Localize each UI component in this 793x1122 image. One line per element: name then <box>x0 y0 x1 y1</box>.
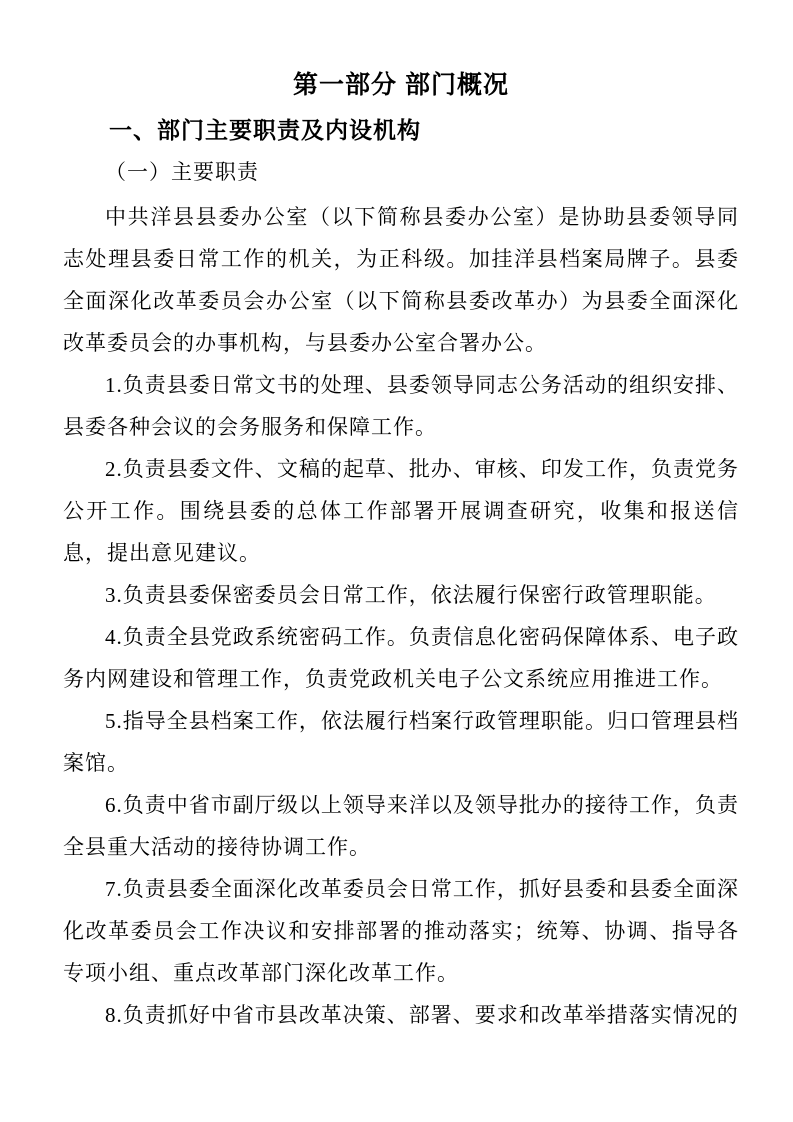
paragraph-duty-6: 6.负责中省市副厅级以上领导来洋以及领导批办的接待工作，负责全县重大活动的接待协… <box>63 784 739 868</box>
paragraph-intro: 中共洋县县委办公室（以下简称县委办公室）是协助县委领导同志处理县委日常工作的机关… <box>63 196 739 364</box>
document-title: 第一部分 部门概况 <box>63 70 739 100</box>
paragraph-duty-1: 1.负责县委日常文书的处理、县委领导同志公务活动的组织安排、县委各种会议的会务服… <box>63 364 739 448</box>
paragraph-duty-5: 5.指导全县档案工作，依法履行档案行政管理职能。归口管理县档案馆。 <box>63 700 739 784</box>
subsection-heading: （一）主要职责 <box>63 156 739 188</box>
paragraph-duty-7: 7.负责县委全面深化改革委员会日常工作，抓好县委和县委全面深化改革委员会工作决议… <box>63 868 739 994</box>
section-heading: 一、部门主要职责及内设机构 <box>63 114 739 146</box>
paragraph-duty-2: 2.负责县委文件、文稿的起草、批办、审核、印发工作，负责党务公开工作。围绕县委的… <box>63 448 739 574</box>
document-content: 第一部分 部门概况 一、部门主要职责及内设机构 （一）主要职责 中共洋县县委办公… <box>63 0 739 1036</box>
paragraph-duty-3: 3.负责县委保密委员会日常工作，依法履行保密行政管理职能。 <box>63 574 739 616</box>
paragraph-duty-4: 4.负责全县党政系统密码工作。负责信息化密码保障体系、电子政务内网建设和管理工作… <box>63 616 739 700</box>
document-page: 第一部分 部门概况 一、部门主要职责及内设机构 （一）主要职责 中共洋县县委办公… <box>0 0 793 1122</box>
paragraph-duty-8: 8.负责抓好中省市县改革决策、部署、要求和改革举措落实情况的 <box>63 994 739 1036</box>
body-paragraphs: 中共洋县县委办公室（以下简称县委办公室）是协助县委领导同志处理县委日常工作的机关… <box>63 196 739 1036</box>
